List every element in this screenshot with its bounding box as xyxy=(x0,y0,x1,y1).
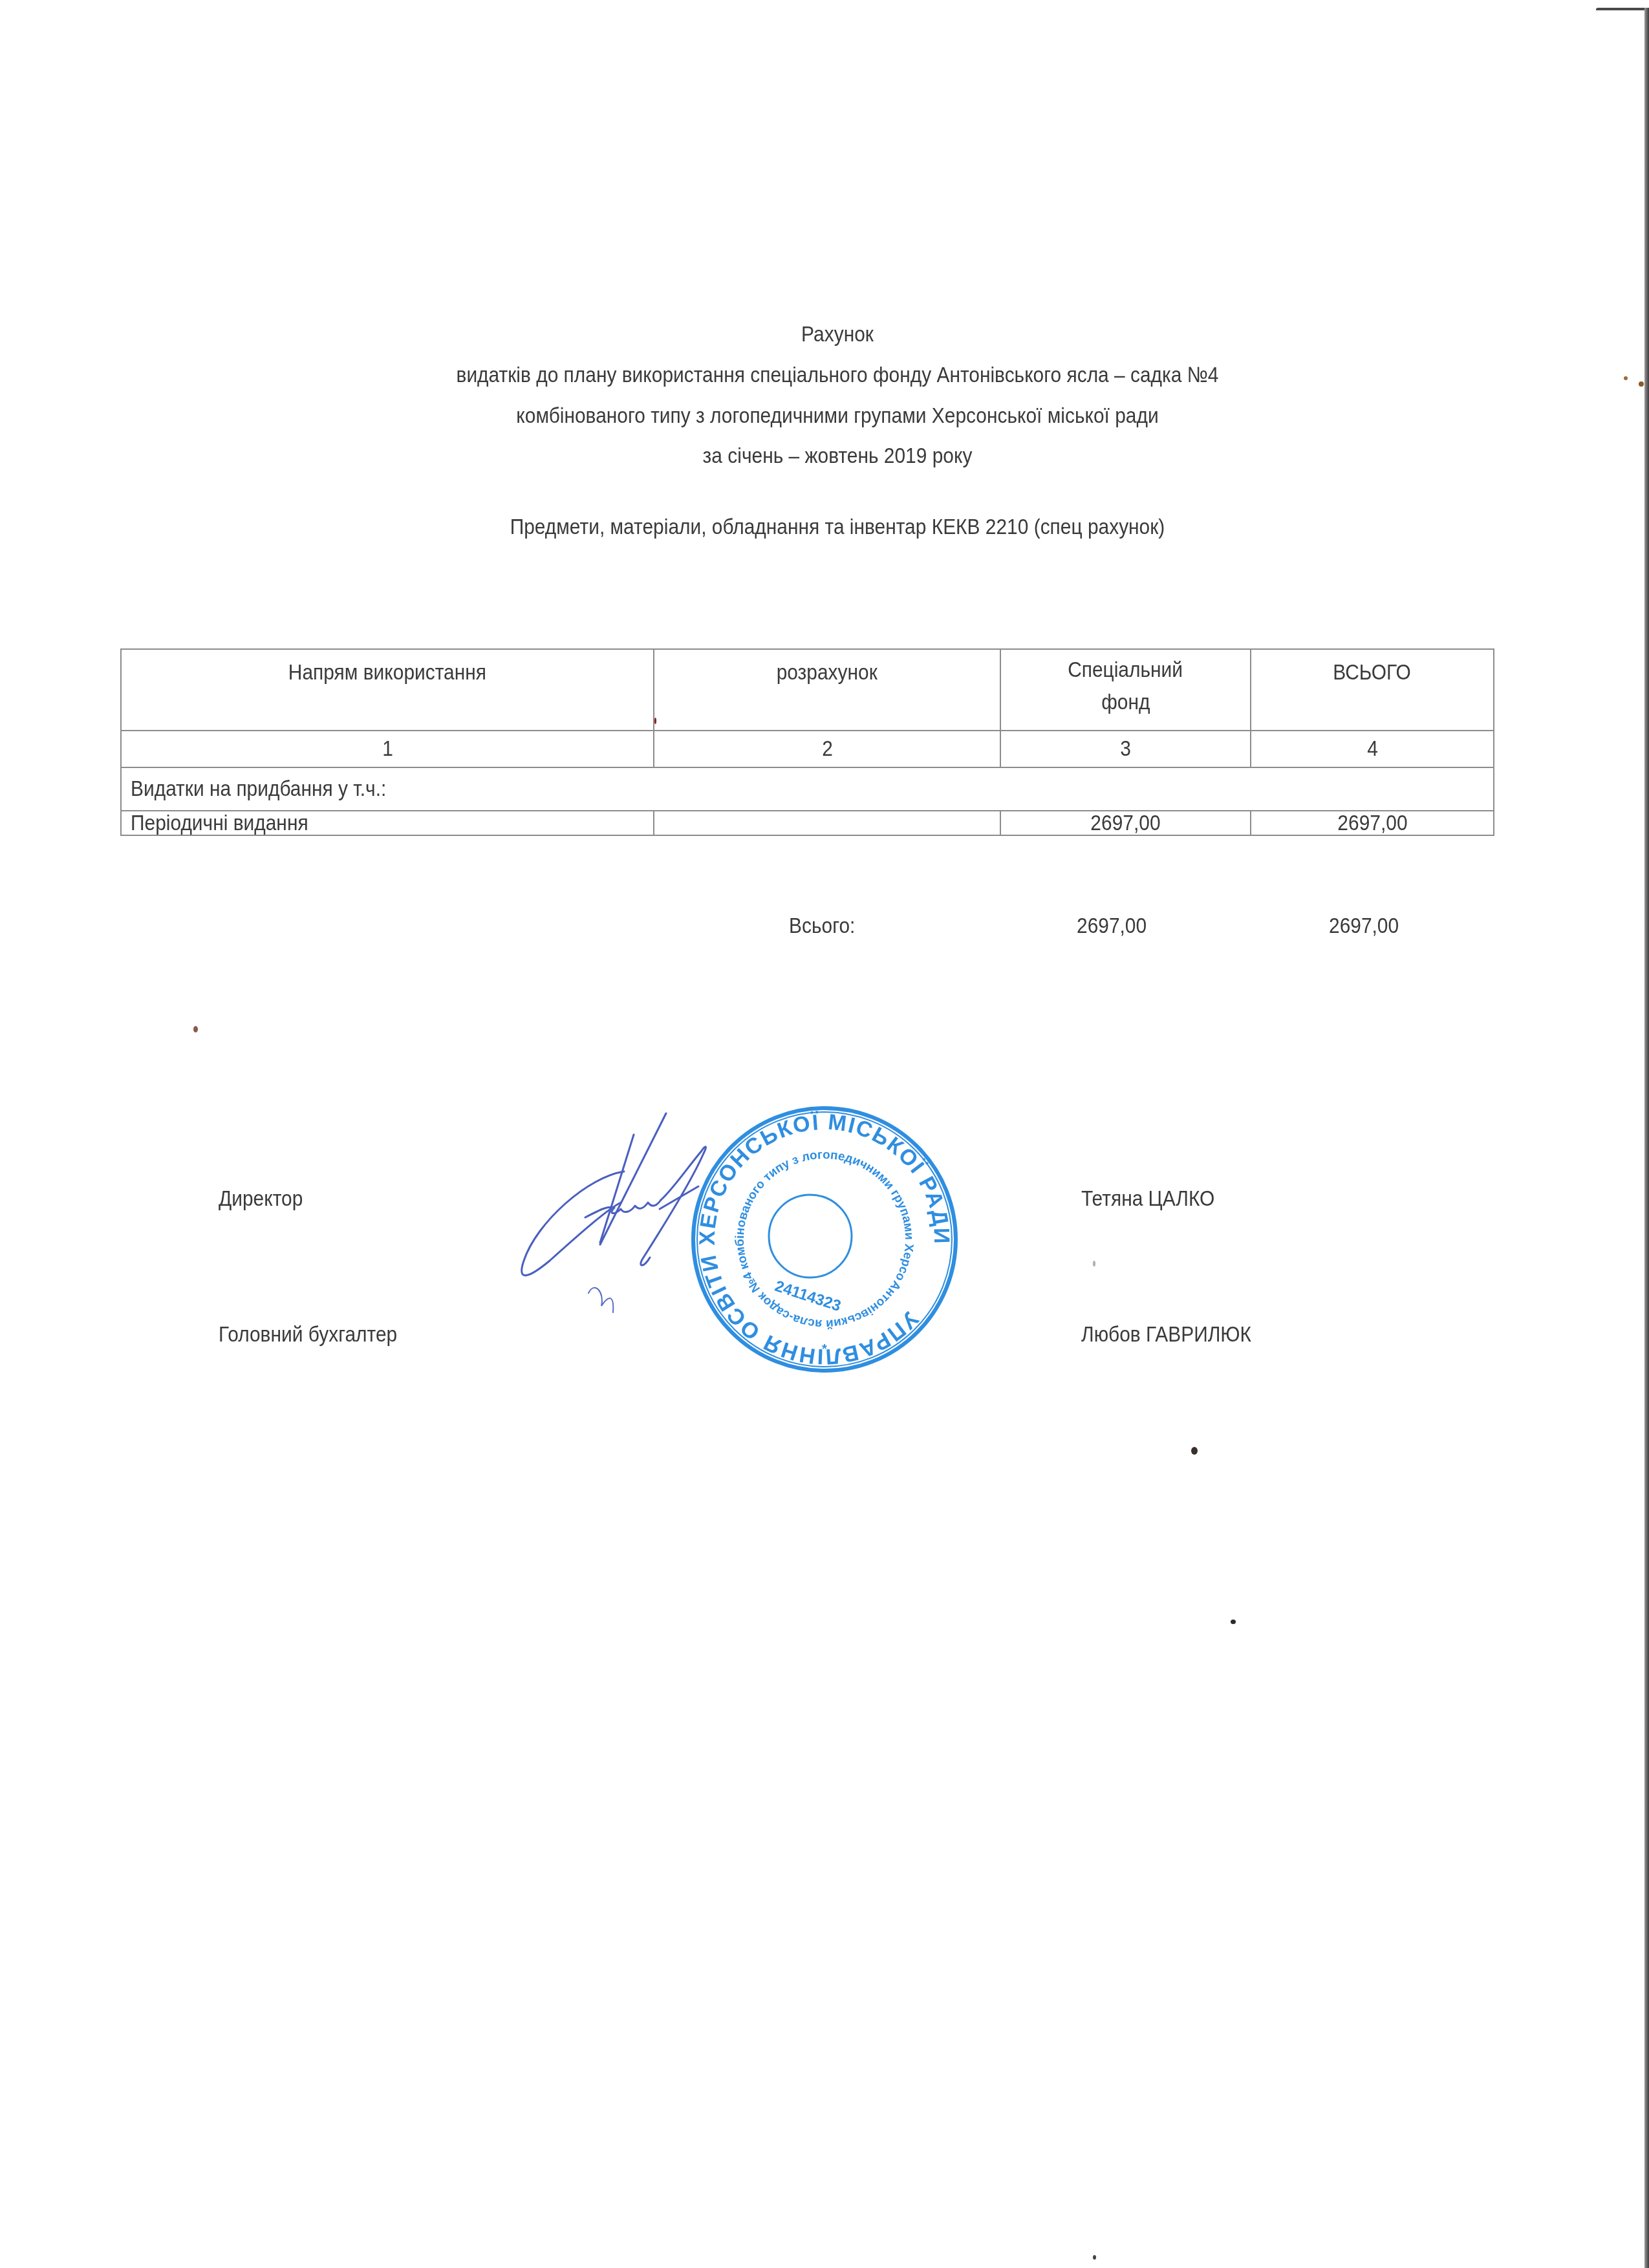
scan-edge-right xyxy=(1644,8,1649,2268)
scan-speck xyxy=(654,718,656,724)
column-number: 4 xyxy=(1251,731,1494,767)
cell-total: 2697,00 xyxy=(1251,811,1494,835)
accountant-role: Головний бухгалтер xyxy=(219,1321,397,1347)
group-row: Видатки на придбання у т.ч.: xyxy=(121,767,1494,811)
header-special-fund: Спеціальний фонд xyxy=(1000,649,1251,731)
cell-calculation xyxy=(654,811,1000,835)
scan-speck xyxy=(1093,2255,1096,2260)
director-signature-icon xyxy=(511,1099,782,1371)
svg-text:*: * xyxy=(822,1342,827,1356)
column-number: 1 xyxy=(121,731,654,767)
totals-special-fund: 2697,00 xyxy=(1077,913,1147,939)
scan-speck xyxy=(1624,376,1628,380)
totals-label: Всього: xyxy=(789,913,855,939)
table-row: Періодичні видання 2697,00 2697,00 xyxy=(121,811,1494,835)
director-role: Директор xyxy=(219,1186,303,1212)
scan-speck xyxy=(193,1026,198,1032)
column-number-row: 1 2 3 4 xyxy=(121,731,1494,767)
header-direction: Напрям використання xyxy=(121,649,654,731)
expenses-table: Напрям використання розрахунок Спеціальн… xyxy=(120,648,1494,836)
scan-speck xyxy=(1639,381,1644,387)
cell-special-fund: 2697,00 xyxy=(1000,811,1251,835)
group-row-label: Видатки на придбання у т.ч.: xyxy=(121,767,1494,811)
scan-speck xyxy=(1093,1261,1095,1267)
scan-speck xyxy=(1231,1620,1236,1624)
document-subtitle-line-1: видатків до плану використання спеціальн… xyxy=(100,362,1574,388)
column-number: 2 xyxy=(654,731,1000,767)
section-heading: Предмети, матеріали, обладнання та інвен… xyxy=(100,514,1574,540)
scan-edge-top xyxy=(1596,8,1649,10)
accountant-name: Любов ГАВРИЛЮК xyxy=(1081,1321,1251,1347)
document-period: за січень – жовтень 2019 року xyxy=(100,443,1574,469)
document-title: Рахунок xyxy=(100,321,1574,347)
scan-speck xyxy=(1191,1447,1198,1455)
cell-direction: Періодичні видання xyxy=(121,811,654,835)
header-calculation: розрахунок xyxy=(654,649,1000,731)
table-header-row: Напрям використання розрахунок Спеціальн… xyxy=(121,649,1494,731)
director-name: Тетяна ЦАЛКО xyxy=(1081,1186,1214,1212)
column-number: 3 xyxy=(1000,731,1251,767)
document-subtitle-line-2: комбінованого типу з логопедичними група… xyxy=(100,403,1574,429)
totals-total: 2697,00 xyxy=(1329,913,1399,939)
header-total: ВСЬОГО xyxy=(1251,649,1494,731)
